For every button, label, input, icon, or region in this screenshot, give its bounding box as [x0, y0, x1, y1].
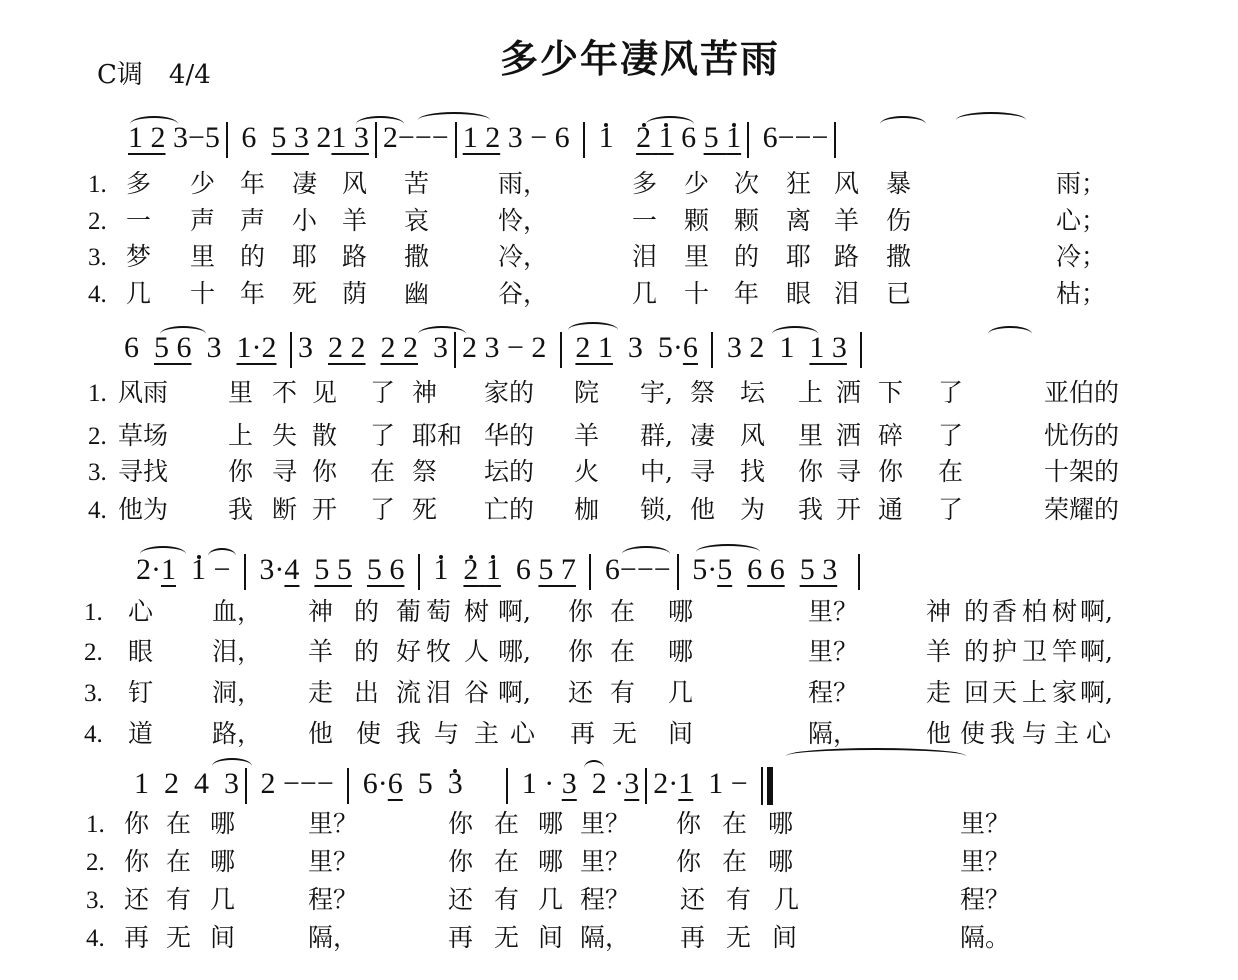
slur: [696, 544, 760, 560]
lyric-line-1-4: 4. 几 十 年 死 荫 幽 谷， 几 十 年 眼 泪 已 枯；: [88, 276, 111, 312]
slur: [568, 322, 618, 338]
lyric-line-2-1: 1. 风雨 里 不 见 了 神 家的 院 宇, 祭 坛 上 洒 下 了 亚伯的: [88, 375, 111, 411]
song-title: 多少年凄风苦雨: [500, 28, 780, 83]
slur: [130, 116, 178, 132]
lyric-line-2-4: 4. 他为 我 断 开 了 死 亡的 枷 锁, 他 为 我 开 通 了 荣耀的: [88, 492, 111, 528]
notation-line-4: 1 2 4 3 2 −−− 6·6 5 3 1 · 3 2 ·32·1 1 −: [134, 764, 773, 804]
slur: [988, 326, 1032, 342]
slur: [786, 748, 966, 764]
lyric-line-2-2: 2. 草场 上 失 散 了 耶和 华的 羊 群, 凄 风 里 洒 碎 了 忧伤的: [88, 418, 111, 454]
lyric-line-4-1: 1. 你 在 哪 里？ 你 在 哪 里？ 你 在 哪 里？: [86, 806, 109, 842]
slur: [622, 546, 670, 562]
slur: [418, 112, 490, 128]
slur: [880, 116, 926, 132]
lyric-line-3-2: 2. 眼 泪， 羊 的 好 牧 人 哪, 你 在 哪 里？ 羊 的 护 卫 竿 …: [84, 634, 107, 670]
lyric-line-1-3: 3. 梦 里 的 耶 路 撒 冷， 泪 里 的 耶 路 撒 冷；: [88, 239, 111, 275]
notation-line-3: 2·1 1 − 3·4 5 5 5 6 1 2 1 6 5 7 6−−− 5·5…: [136, 550, 866, 590]
final-barline-thick: [767, 767, 773, 805]
key-signature: C调4/4: [97, 54, 237, 91]
final-barline: [761, 767, 763, 805]
lyric-line-4-3: 3. 还 有 几 程？ 还 有 几 程？ 还 有 几 程？: [86, 882, 109, 918]
time-signature: 4/4: [169, 60, 211, 90]
slur: [584, 760, 604, 776]
lyric-line-1-1: 1. 多 少 年 凄 风 苦 雨， 多 少 次 狂 风 暴 雨；: [88, 166, 111, 202]
key-label: C调: [97, 60, 143, 90]
slur: [418, 326, 466, 342]
lyric-line-1-2: 2. 一 声 声 小 羊 哀 怜， 一 颗 颗 离 羊 伤 心；: [88, 203, 111, 239]
notation-line-2: 6 5 6 3 1·2 3 2 2 2 2 32 3 − 2 2 1 3 5·6…: [124, 328, 868, 368]
lyric-line-4-2: 2. 你 在 哪 里？ 你 在 哪 里？ 你 在 哪 里？: [86, 844, 109, 880]
slur: [140, 546, 186, 562]
slur: [956, 112, 1026, 128]
slur: [208, 548, 236, 564]
notation-line-1: 1 2 3−5 6 5 3 21 32−−−1 2 3 − 6 1 2 1 6 …: [128, 118, 842, 158]
slur: [356, 116, 404, 132]
lyric-line-3-1: 1. 心 血， 神 的 葡 萄 树 啊, 你 在 哪 里？ 神 的 香 柏 树 …: [84, 594, 107, 630]
lyric-line-4-4: 4. 再 无 间 隔， 再 无 间 隔， 再 无 间 隔。: [86, 920, 109, 956]
lyric-line-3-4: 4. 道 路， 他 使 我 与 主 心 再 无 间 隔， 他 使 我 与 主 心: [84, 716, 107, 752]
slur: [212, 758, 252, 774]
lyric-line-2-3: 3. 寻找 你 寻 你 在 祭 坛的 火 中, 寻 找 你 寻 你 在 十架的: [88, 454, 111, 490]
lyric-line-3-3: 3. 钉 洞， 走 出 流 泪 谷 啊, 还 有 几 程？ 走 回 天 上 家 …: [84, 675, 107, 711]
slur: [772, 326, 818, 342]
slur: [160, 326, 206, 342]
